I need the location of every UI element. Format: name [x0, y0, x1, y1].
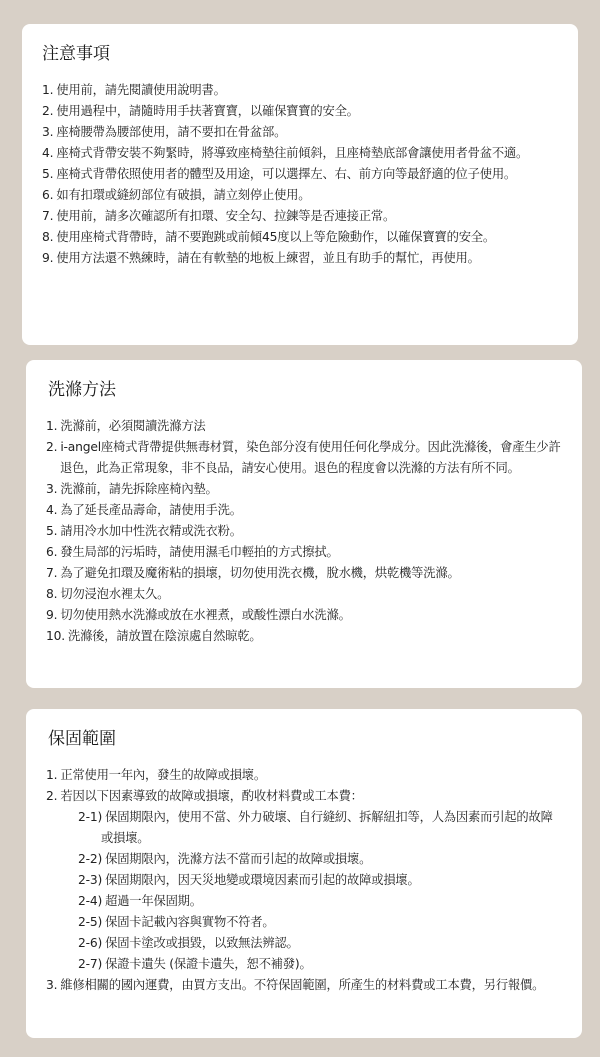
list-item: 7.使用前，請多次確認所有扣環、安全勾、拉鍊等是否連接正常。 — [42, 206, 558, 227]
list-item: 2.使用過程中，請隨時用手扶著寶寶，以確保寶寶的安全。 — [42, 101, 558, 122]
list-item: 3.洗滌前，請先拆除座椅內墊。 — [46, 479, 562, 500]
list-item: 2.i-angel座椅式背帶提供無毒材質，染色部分沒有使用任何化學成分。因此洗滌… — [46, 437, 562, 479]
list-item: 1.洗滌前，必須閱讀洗滌方法 — [46, 416, 562, 437]
list-item: 1.使用前，請先閱讀使用說明書。 — [42, 80, 558, 101]
sub-list-item: 2-2)保固期限內，洗滌方法不當而引起的故障或損壞。 — [46, 849, 562, 870]
notice-card: 注意事項 1.使用前，請先閱讀使用說明書。 2.使用過程中，請隨時用手扶著寶寶，… — [22, 24, 578, 345]
list-item: 6.如有扣環或縫紉部位有破損，請立刻停止使用。 — [42, 185, 558, 206]
list-item: 3.座椅腰帶為腰部使用，請不要扣在骨盆部。 — [42, 122, 558, 143]
list-item: 6.發生局部的污垢時，請使用濕毛巾輕拍的方式擦拭。 — [46, 542, 562, 563]
warranty-list: 1.正常使用一年內，發生的故障或損壞。 2.若因以下因素導致的故障或損壞，酌收材… — [46, 765, 562, 996]
list-item: 8.切勿浸泡水裡太久。 — [46, 584, 562, 605]
wash-list: 1.洗滌前，必須閱讀洗滌方法 2.i-angel座椅式背帶提供無毒材質，染色部分… — [46, 416, 562, 647]
list-item: 8.使用座椅式背帶時，請不要跑跳或前傾45度以上等危險動作，以確保寶寶的安全。 — [42, 227, 558, 248]
list-item: 1.正常使用一年內，發生的故障或損壞。 — [46, 765, 562, 786]
warranty-card: 保固範圍 1.正常使用一年內，發生的故障或損壞。 2.若因以下因素導致的故障或損… — [26, 709, 582, 1038]
list-item: 9.使用方法還不熟練時，請在有軟墊的地板上練習，並且有助手的幫忙，再使用。 — [42, 248, 558, 269]
list-item: 5.請用冷水加中性洗衣精或洗衣粉。 — [46, 521, 562, 542]
wash-title: 洗滌方法 — [48, 378, 562, 402]
list-item: 10.洗滌後，請放置在陰涼處自然晾乾。 — [46, 626, 562, 647]
warranty-title: 保固範圍 — [48, 727, 562, 751]
sub-list-item: 2-5)保固卡記載內容與實物不符者。 — [46, 912, 562, 933]
sub-list-item: 2-1)保固期限內，使用不當、外力破壞、自行縫紉、拆解紐扣等，人為因素而引起的故… — [46, 807, 562, 849]
list-item: 4.為了延長產品壽命，請使用手洗。 — [46, 500, 562, 521]
list-item: 7.為了避免扣環及魔術粘的損壞，切勿使用洗衣機，脫水機，烘乾機等洗滌。 — [46, 563, 562, 584]
list-item: 9.切勿使用熱水洗滌或放在水裡煮，或酸性漂白水洗滌。 — [46, 605, 562, 626]
list-item: 2.若因以下因素導致的故障或損壞，酌收材料費或工本費： — [46, 786, 562, 807]
notice-list: 1.使用前，請先閱讀使用說明書。 2.使用過程中，請隨時用手扶著寶寶，以確保寶寶… — [42, 80, 558, 269]
wash-card: 洗滌方法 1.洗滌前，必須閱讀洗滌方法 2.i-angel座椅式背帶提供無毒材質… — [26, 360, 582, 688]
notice-title: 注意事項 — [42, 42, 558, 66]
sub-list-item: 2-6)保固卡塗改或損毀，以致無法辨認。 — [46, 933, 562, 954]
list-item: 5.座椅式背帶依照使用者的體型及用途，可以選擇左、右、前方向等最舒適的位子使用。 — [42, 164, 558, 185]
list-item: 3.維修相關的國內運費，由買方支出。不符保固範圍，所產生的材料費或工本費，另行報… — [46, 975, 562, 996]
sub-list-item: 2-3)保固期限內，因天災地變或環境因素而引起的故障或損壞。 — [46, 870, 562, 891]
sub-list-item: 2-4)超過一年保固期。 — [46, 891, 562, 912]
sub-list-item: 2-7)保證卡遺失 (保證卡遺失，恕不補發)。 — [46, 954, 562, 975]
list-item: 4.座椅式背帶安裝不夠緊時，將導致座椅墊往前傾斜，且座椅墊底部會讓使用者骨盆不適… — [42, 143, 558, 164]
